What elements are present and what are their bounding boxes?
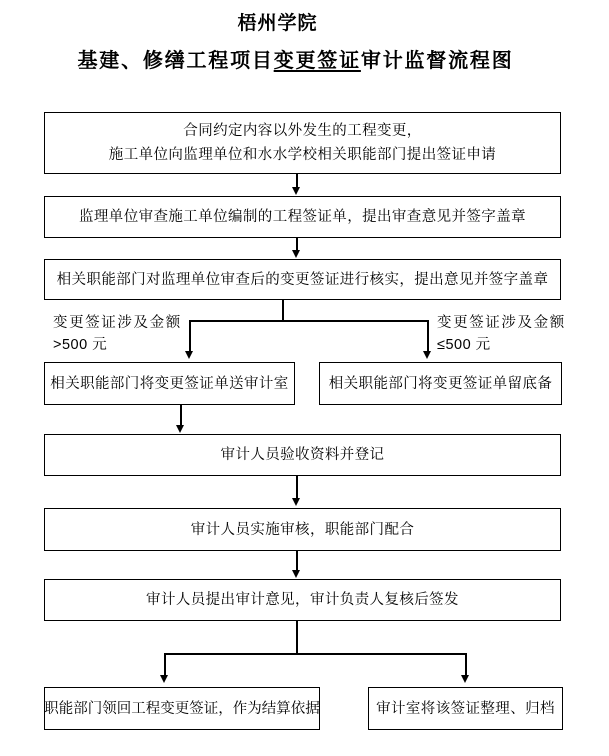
subtitle-suffix: 审计监督流程图	[361, 50, 514, 72]
final-left-drop-line	[164, 653, 166, 676]
branch-right-drop-line	[427, 320, 429, 352]
node-send-to-audit-label: 相关职能部门将变更签证单送审计室	[50, 372, 288, 396]
arrow-down-icon	[292, 498, 300, 506]
branch-label-under-500-line2: ≤500 元	[437, 334, 566, 356]
node-keep-on-file: 相关职能部门将变更签证单留底备	[319, 362, 562, 405]
node-supervisor-review-label: 监理单位审查施工单位编制的工程签证单，提出审查意见并签字盖章	[79, 205, 526, 229]
page-title: 梧州学院	[0, 8, 582, 35]
branch-label-over-500-line1: 变更签证涉及金额	[53, 312, 182, 334]
arrow-down-icon	[292, 570, 300, 578]
node-audit-opinion: 审计人员提出审计意见，审计负责人复核后签发	[44, 579, 561, 621]
arrow-down-icon	[461, 675, 469, 683]
arrow-down-icon	[185, 351, 193, 359]
node-dept-verify-label: 相关职能部门对监理单位审查后的变更签证进行核实，提出意见并签字盖章	[57, 268, 549, 292]
connector-register-to-execute-line	[296, 476, 298, 499]
branch-stem-line	[282, 300, 284, 320]
arrow-down-icon	[292, 250, 300, 258]
node-dept-verify: 相关职能部门对监理单位审查后的变更签证进行核实，提出意见并签字盖章	[44, 259, 561, 300]
final-horizontal-line	[164, 653, 467, 655]
page-subtitle: 基建、修缮工程项目变更签证审计监督流程图	[0, 44, 600, 73]
branch-label-over-500-line2: >500 元	[53, 334, 182, 356]
branch-horizontal-line	[189, 320, 429, 322]
arrow-down-icon	[292, 187, 300, 195]
node-audit-opinion-label: 审计人员提出审计意见，审计负责人复核后签发	[146, 588, 459, 612]
node-keep-on-file-label: 相关职能部门将变更签证单留底备	[329, 372, 553, 396]
node-send-to-audit: 相关职能部门将变更签证单送审计室	[44, 362, 295, 405]
node-start: 合同约定内容以外发生的工程变更， 施工单位向监理单位和水水学校相关职能部门提出签…	[44, 112, 561, 174]
node-audit-execute: 审计人员实施审核，职能部门配合	[44, 508, 561, 551]
node-audit-register-label: 审计人员验收资料并登记	[221, 443, 385, 467]
node-audit-archive-label: 审计室将该签证整理、归档	[376, 697, 555, 721]
subtitle-underlined-term: 变更签证	[274, 50, 361, 72]
node-audit-execute-label: 审计人员实施审核，职能部门配合	[191, 518, 415, 542]
node-dept-retrieve-label: 职能部门领回工程变更签证，作为结算依据	[44, 697, 320, 721]
connector-execute-to-opinion-line	[296, 551, 298, 571]
subtitle-prefix: 基建、修缮工程项目	[77, 50, 273, 72]
arrow-down-icon	[423, 351, 431, 359]
node-supervisor-review: 监理单位审查施工单位编制的工程签证单，提出审查意见并签字盖章	[44, 196, 561, 238]
final-stem-line	[296, 621, 298, 653]
branch-label-under-500: 变更签证涉及金额 ≤500 元	[437, 312, 566, 356]
branch-label-under-500-line1: 变更签证涉及金额	[437, 312, 566, 334]
node-start-line1: 合同约定内容以外发生的工程变更，	[183, 119, 421, 143]
arrow-down-icon	[160, 675, 168, 683]
node-dept-retrieve: 职能部门领回工程变更签证，作为结算依据	[44, 687, 320, 730]
branch-label-over-500: 变更签证涉及金额 >500 元	[53, 312, 182, 356]
branch-left-drop-line	[189, 320, 191, 352]
connector-start-to-supervisor-line	[296, 174, 298, 188]
connector-send-to-register-line	[180, 405, 182, 426]
node-audit-archive: 审计室将该签证整理、归档	[368, 687, 563, 730]
node-start-line2: 施工单位向监理单位和水水学校相关职能部门提出签证申请	[109, 143, 496, 167]
node-audit-register: 审计人员验收资料并登记	[44, 434, 561, 476]
flowchart-page: 梧州学院 基建、修缮工程项目变更签证审计监督流程图 合同约定内容以外发生的工程变…	[0, 0, 609, 756]
arrow-down-icon	[176, 425, 184, 433]
final-right-drop-line	[465, 653, 467, 676]
